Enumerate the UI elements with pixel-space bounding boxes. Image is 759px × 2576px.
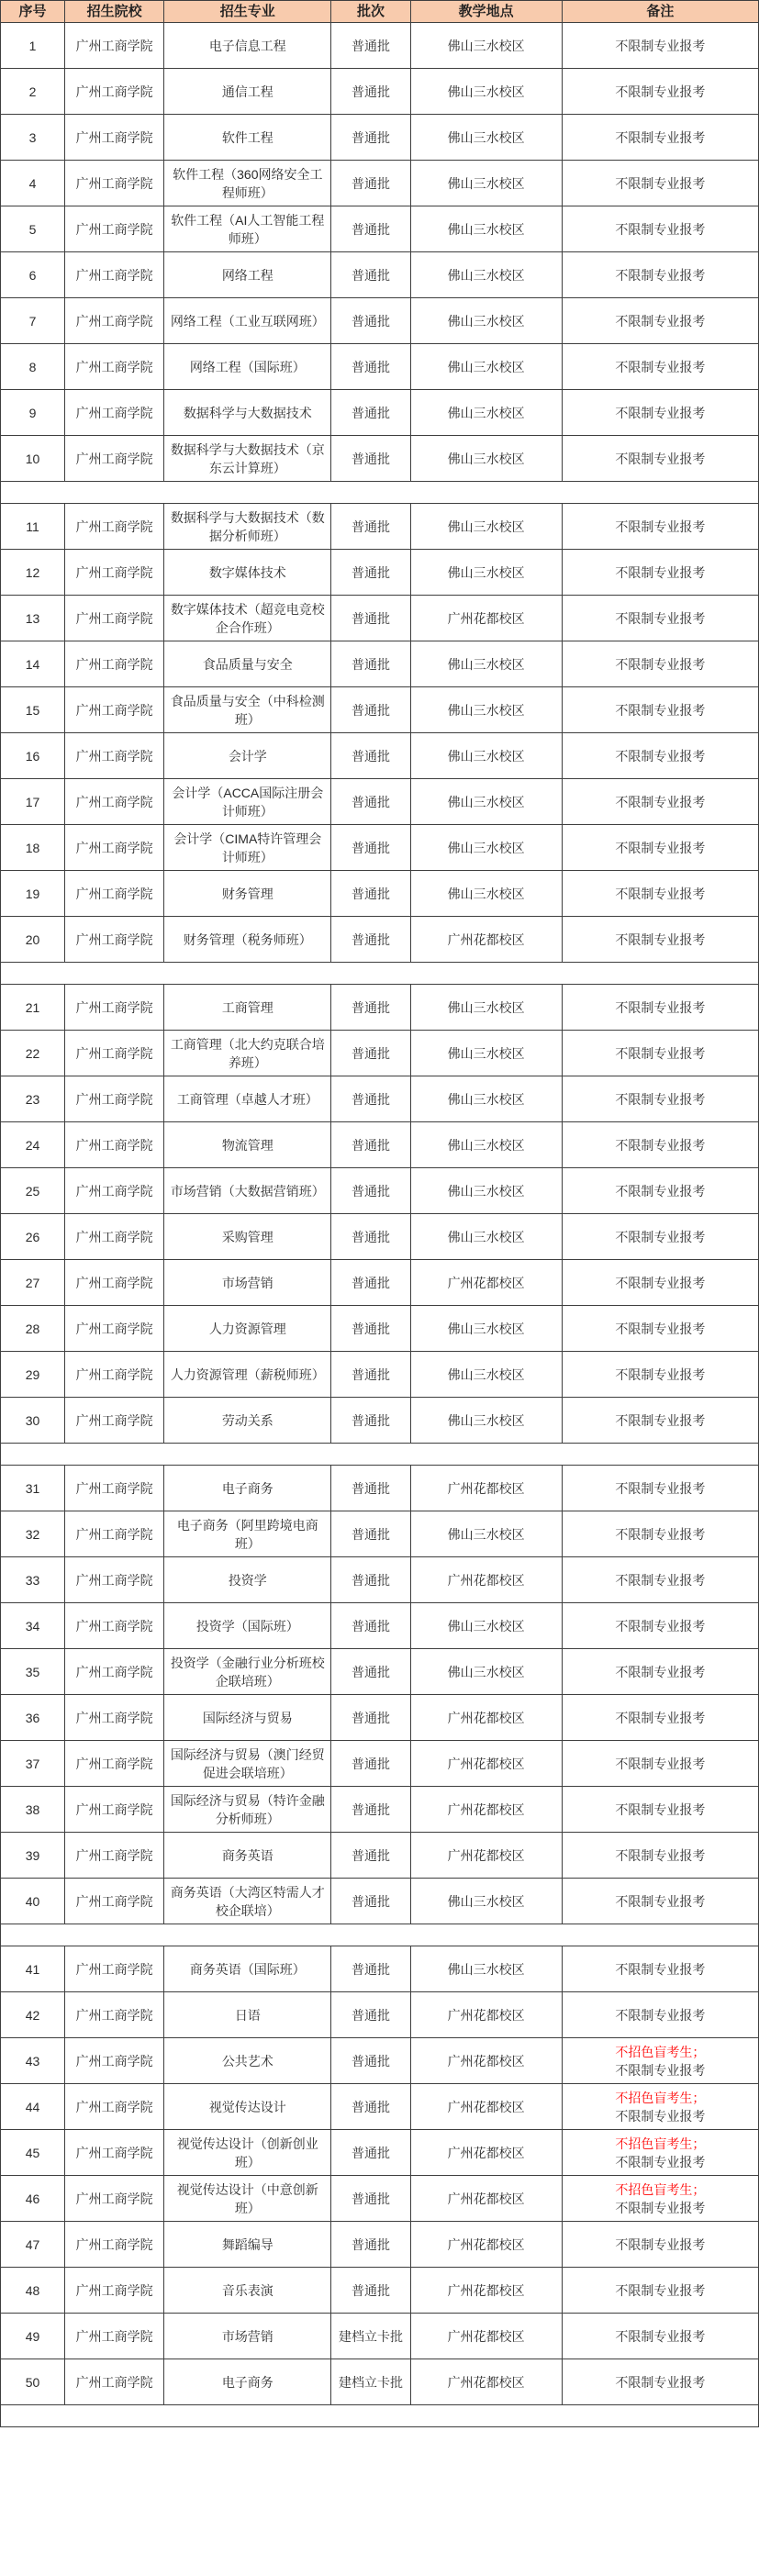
cell-school: 广州工商学院 [65, 1649, 164, 1695]
cell-batch: 普通批 [331, 23, 410, 69]
remark-text: 不限制专业报考 [566, 1366, 754, 1384]
cell-location: 广州花都校区 [410, 2038, 562, 2084]
cell-school: 广州工商学院 [65, 2268, 164, 2314]
cell-location: 广州花都校区 [410, 1466, 562, 1511]
table-header: 序号 招生院校 招生专业 批次 教学地点 备注 [1, 1, 759, 23]
cell-batch: 普通批 [331, 69, 410, 115]
header-cell-no: 序号 [1, 1, 65, 23]
cell-school: 广州工商学院 [65, 1168, 164, 1214]
remark-text: 不限制专业报考 [566, 1755, 754, 1773]
remark-text: 不限制专业报考 [566, 747, 754, 765]
cell-location: 佛山三水校区 [410, 825, 562, 871]
cell-no: 1 [1, 23, 65, 69]
cell-batch: 普通批 [331, 1260, 410, 1306]
cell-school: 广州工商学院 [65, 2314, 164, 2359]
table-body: 1 广州工商学院 电子信息工程 普通批 佛山三水校区 不限制专业报考 2 广州工… [1, 23, 759, 2427]
cell-no: 40 [1, 1879, 65, 1924]
cell-school: 广州工商学院 [65, 115, 164, 161]
cell-remark: 不招色盲考生；不限制专业报考 [562, 2176, 758, 2222]
cell-batch: 普通批 [331, 2176, 410, 2222]
cell-no: 47 [1, 2222, 65, 2268]
cell-school: 广州工商学院 [65, 2038, 164, 2084]
cell-batch: 普通批 [331, 1076, 410, 1122]
cell-major: 音乐表演 [164, 2268, 331, 2314]
cell-no: 22 [1, 1031, 65, 1076]
table-row: 50 广州工商学院 电子商务 建档立卡批 广州花都校区 不限制专业报考 [1, 2359, 759, 2405]
cell-school: 广州工商学院 [65, 344, 164, 390]
cell-major: 网络工程（国际班） [164, 344, 331, 390]
cell-batch: 普通批 [331, 2222, 410, 2268]
cell-major: 软件工程（360网络安全工程师班） [164, 161, 331, 206]
cell-major: 数字媒体技术（超竞电竞校企合作班） [164, 596, 331, 641]
cell-location: 佛山三水校区 [410, 161, 562, 206]
remark-text: 不限制专业报考 [566, 701, 754, 719]
cell-location: 佛山三水校区 [410, 206, 562, 252]
cell-major: 财务管理（税务师班） [164, 917, 331, 963]
cell-location: 广州花都校区 [410, 1741, 562, 1787]
remark-warning-text: 不招色盲考生； [566, 2043, 754, 2061]
cell-remark: 不限制专业报考 [562, 1649, 758, 1695]
cell-school: 广州工商学院 [65, 23, 164, 69]
cell-batch: 建档立卡批 [331, 2359, 410, 2405]
cell-no: 26 [1, 1214, 65, 1260]
cell-major: 食品质量与安全（中科检测班） [164, 687, 331, 733]
cell-location: 佛山三水校区 [410, 687, 562, 733]
remark-text: 不限制专业报考 [566, 1525, 754, 1544]
cell-no: 50 [1, 2359, 65, 2405]
table-row: 33 广州工商学院 投资学 普通批 广州花都校区 不限制专业报考 [1, 1557, 759, 1603]
cell-school: 广州工商学院 [65, 1306, 164, 1352]
separator-cell [1, 963, 759, 985]
cell-no: 36 [1, 1695, 65, 1741]
cell-major: 劳动关系 [164, 1398, 331, 1444]
remark-text: 不限制专业报考 [566, 1960, 754, 1979]
remark-text: 不限制专业报考 [566, 450, 754, 468]
cell-location: 佛山三水校区 [410, 1214, 562, 1260]
cell-batch: 普通批 [331, 2268, 410, 2314]
table-row: 16 广州工商学院 会计学 普通批 佛山三水校区 不限制专业报考 [1, 733, 759, 779]
cell-remark: 不限制专业报考 [562, 1787, 758, 1833]
cell-location: 佛山三水校区 [410, 985, 562, 1031]
table-row: 5 广州工商学院 软件工程（AI人工智能工程师班） 普通批 佛山三水校区 不限制… [1, 206, 759, 252]
table-row: 7 广州工商学院 网络工程（工业互联网班） 普通批 佛山三水校区 不限制专业报考 [1, 298, 759, 344]
remark-warning-text: 不招色盲考生； [566, 2089, 754, 2107]
cell-school: 广州工商学院 [65, 436, 164, 482]
cell-batch: 普通批 [331, 1992, 410, 2038]
cell-location: 佛山三水校区 [410, 1306, 562, 1352]
cell-major: 会计学 [164, 733, 331, 779]
table-row: 6 广州工商学院 网络工程 普通批 佛山三水校区 不限制专业报考 [1, 252, 759, 298]
remark-text: 不限制专业报考 [566, 2006, 754, 2024]
remark-text: 不限制专业报考 [566, 2327, 754, 2346]
cell-location: 佛山三水校区 [410, 550, 562, 596]
cell-location: 佛山三水校区 [410, 69, 562, 115]
cell-major: 工商管理 [164, 985, 331, 1031]
cell-no: 14 [1, 641, 65, 687]
cell-remark: 不限制专业报考 [562, 206, 758, 252]
cell-location: 广州花都校区 [410, 1787, 562, 1833]
cell-major: 电子信息工程 [164, 23, 331, 69]
cell-major: 采购管理 [164, 1214, 331, 1260]
table-row: 35 广州工商学院 投资学（金融行业分析班校企联培班） 普通批 佛山三水校区 不… [1, 1649, 759, 1695]
table-row: 30 广州工商学院 劳动关系 普通批 佛山三水校区 不限制专业报考 [1, 1398, 759, 1444]
cell-location: 广州花都校区 [410, 2176, 562, 2222]
cell-remark: 不限制专业报考 [562, 504, 758, 550]
cell-location: 佛山三水校区 [410, 1649, 562, 1695]
cell-location: 广州花都校区 [410, 1260, 562, 1306]
cell-location: 佛山三水校区 [410, 1352, 562, 1398]
cell-major: 会计学（ACCA国际注册会计师班） [164, 779, 331, 825]
table-row: 4 广州工商学院 软件工程（360网络安全工程师班） 普通批 佛山三水校区 不限… [1, 161, 759, 206]
table-row: 32 广州工商学院 电子商务（阿里跨境电商班） 普通批 佛山三水校区 不限制专业… [1, 1511, 759, 1557]
remark-text: 不限制专业报考 [566, 1801, 754, 1819]
table-row: 31 广州工商学院 电子商务 普通批 广州花都校区 不限制专业报考 [1, 1466, 759, 1511]
cell-no: 31 [1, 1466, 65, 1511]
remark-text: 不限制专业报考 [566, 404, 754, 422]
remark-text: 不限制专业报考 [566, 1571, 754, 1589]
cell-batch: 普通批 [331, 985, 410, 1031]
remark-text: 不限制专业报考 [566, 1044, 754, 1063]
remark-text: 不限制专业报考 [566, 2107, 754, 2125]
cell-school: 广州工商学院 [65, 2222, 164, 2268]
cell-location: 佛山三水校区 [410, 252, 562, 298]
cell-no: 43 [1, 2038, 65, 2084]
cell-location: 广州花都校区 [410, 2130, 562, 2176]
cell-remark: 不限制专业报考 [562, 550, 758, 596]
table-row: 1 广州工商学院 电子信息工程 普通批 佛山三水校区 不限制专业报考 [1, 23, 759, 69]
remark-text: 不限制专业报考 [566, 885, 754, 903]
cell-location: 佛山三水校区 [410, 1946, 562, 1992]
cell-no: 27 [1, 1260, 65, 1306]
remark-warning-text: 不招色盲考生； [566, 2180, 754, 2199]
cell-location: 广州花都校区 [410, 2314, 562, 2359]
cell-major: 视觉传达设计 [164, 2084, 331, 2130]
cell-major: 数据科学与大数据技术 [164, 390, 331, 436]
cell-major: 舞蹈编导 [164, 2222, 331, 2268]
cell-major: 物流管理 [164, 1122, 331, 1168]
cell-no: 4 [1, 161, 65, 206]
cell-batch: 建档立卡批 [331, 2314, 410, 2359]
remark-text: 不限制专业报考 [566, 37, 754, 55]
cell-school: 广州工商学院 [65, 161, 164, 206]
cell-no: 46 [1, 2176, 65, 2222]
cell-batch: 普通批 [331, 1946, 410, 1992]
separator-row [1, 1924, 759, 1946]
cell-location: 佛山三水校区 [410, 298, 562, 344]
separator-cell [1, 2405, 759, 2427]
cell-no: 15 [1, 687, 65, 733]
cell-batch: 普通批 [331, 1649, 410, 1695]
cell-remark: 不限制专业报考 [562, 733, 758, 779]
cell-location: 广州花都校区 [410, 917, 562, 963]
remark-text: 不限制专业报考 [566, 2281, 754, 2300]
separator-cell [1, 1924, 759, 1946]
table-row: 8 广州工商学院 网络工程（国际班） 普通批 佛山三水校区 不限制专业报考 [1, 344, 759, 390]
cell-remark: 不限制专业报考 [562, 1695, 758, 1741]
cell-major: 视觉传达设计（创新创业班） [164, 2130, 331, 2176]
cell-major: 食品质量与安全 [164, 641, 331, 687]
remark-text: 不限制专业报考 [566, 609, 754, 628]
cell-major: 软件工程 [164, 115, 331, 161]
cell-major: 商务英语（大湾区特需人才校企联培） [164, 1879, 331, 1924]
cell-batch: 普通批 [331, 252, 410, 298]
table-row: 49 广州工商学院 市场营销 建档立卡批 广州花都校区 不限制专业报考 [1, 2314, 759, 2359]
cell-remark: 不限制专业报考 [562, 1946, 758, 1992]
remark-text: 不限制专业报考 [566, 1709, 754, 1727]
table-row: 24 广州工商学院 物流管理 普通批 佛山三水校区 不限制专业报考 [1, 1122, 759, 1168]
table-row: 11 广州工商学院 数据科学与大数据技术（数据分析师班） 普通批 佛山三水校区 … [1, 504, 759, 550]
cell-school: 广州工商学院 [65, 1466, 164, 1511]
cell-school: 广州工商学院 [65, 1076, 164, 1122]
cell-school: 广州工商学院 [65, 390, 164, 436]
cell-major: 市场营销 [164, 1260, 331, 1306]
cell-school: 广州工商学院 [65, 1214, 164, 1260]
table-row: 13 广州工商学院 数字媒体技术（超竞电竞校企合作班） 普通批 广州花都校区 不… [1, 596, 759, 641]
cell-remark: 不限制专业报考 [562, 2359, 758, 2405]
cell-remark: 不限制专业报考 [562, 2268, 758, 2314]
cell-location: 佛山三水校区 [410, 871, 562, 917]
cell-remark: 不限制专业报考 [562, 390, 758, 436]
cell-batch: 普通批 [331, 298, 410, 344]
cell-no: 32 [1, 1511, 65, 1557]
table-row: 48 广州工商学院 音乐表演 普通批 广州花都校区 不限制专业报考 [1, 2268, 759, 2314]
cell-batch: 普通批 [331, 1879, 410, 1924]
cell-no: 29 [1, 1352, 65, 1398]
cell-school: 广州工商学院 [65, 1398, 164, 1444]
cell-school: 广州工商学院 [65, 2130, 164, 2176]
table-row: 34 广州工商学院 投资学（国际班） 普通批 佛山三水校区 不限制专业报考 [1, 1603, 759, 1649]
cell-remark: 不限制专业报考 [562, 687, 758, 733]
cell-no: 48 [1, 2268, 65, 2314]
cell-batch: 普通批 [331, 1352, 410, 1398]
table-row: 12 广州工商学院 数字媒体技术 普通批 佛山三水校区 不限制专业报考 [1, 550, 759, 596]
remark-text: 不限制专业报考 [566, 358, 754, 376]
table-row: 18 广州工商学院 会计学（CIMA特许管理会计师班） 普通批 佛山三水校区 不… [1, 825, 759, 871]
cell-school: 广州工商学院 [65, 1260, 164, 1306]
remark-text: 不限制专业报考 [566, 312, 754, 330]
cell-no: 10 [1, 436, 65, 482]
table-row: 23 广州工商学院 工商管理（卓越人才班） 普通批 佛山三水校区 不限制专业报考 [1, 1076, 759, 1122]
cell-no: 42 [1, 1992, 65, 2038]
cell-major: 网络工程（工业互联网班） [164, 298, 331, 344]
cell-major: 软件工程（AI人工智能工程师班） [164, 206, 331, 252]
remark-text: 不限制专业报考 [566, 655, 754, 674]
cell-location: 佛山三水校区 [410, 1398, 562, 1444]
cell-major: 投资学（国际班） [164, 1603, 331, 1649]
cell-no: 37 [1, 1741, 65, 1787]
cell-school: 广州工商学院 [65, 779, 164, 825]
cell-major: 国际经济与贸易 [164, 1695, 331, 1741]
cell-remark: 不限制专业报考 [562, 69, 758, 115]
cell-remark: 不限制专业报考 [562, 779, 758, 825]
table-row: 28 广州工商学院 人力资源管理 普通批 佛山三水校区 不限制专业报考 [1, 1306, 759, 1352]
cell-school: 广州工商学院 [65, 550, 164, 596]
remark-text: 不限制专业报考 [566, 1411, 754, 1430]
table-row: 37 广州工商学院 国际经济与贸易（澳门经贸促进会联培班） 普通批 广州花都校区… [1, 1741, 759, 1787]
cell-location: 佛山三水校区 [410, 779, 562, 825]
cell-remark: 不限制专业报考 [562, 1168, 758, 1214]
cell-location: 广州花都校区 [410, 1992, 562, 2038]
cell-remark: 不限制专业报考 [562, 436, 758, 482]
cell-remark: 不限制专业报考 [562, 1122, 758, 1168]
cell-batch: 普通批 [331, 550, 410, 596]
cell-batch: 普通批 [331, 2084, 410, 2130]
table-row: 25 广州工商学院 市场营销（大数据营销班） 普通批 佛山三水校区 不限制专业报… [1, 1168, 759, 1214]
cell-major: 通信工程 [164, 69, 331, 115]
cell-school: 广州工商学院 [65, 298, 164, 344]
cell-remark: 不限制专业报考 [562, 115, 758, 161]
cell-no: 16 [1, 733, 65, 779]
cell-school: 广州工商学院 [65, 1511, 164, 1557]
cell-no: 49 [1, 2314, 65, 2359]
cell-no: 3 [1, 115, 65, 161]
cell-major: 人力资源管理（薪税师班） [164, 1352, 331, 1398]
table-row: 17 广州工商学院 会计学（ACCA国际注册会计师班） 普通批 佛山三水校区 不… [1, 779, 759, 825]
table-row: 36 广州工商学院 国际经济与贸易 普通批 广州花都校区 不限制专业报考 [1, 1695, 759, 1741]
remark-warning-text: 不招色盲考生； [566, 2135, 754, 2153]
cell-no: 7 [1, 298, 65, 344]
remark-text: 不限制专业报考 [566, 83, 754, 101]
remark-text: 不限制专业报考 [566, 1479, 754, 1498]
cell-location: 佛山三水校区 [410, 436, 562, 482]
cell-remark: 不限制专业报考 [562, 2314, 758, 2359]
table-row: 21 广州工商学院 工商管理 普通批 佛山三水校区 不限制专业报考 [1, 985, 759, 1031]
cell-major: 电子商务（阿里跨境电商班） [164, 1511, 331, 1557]
cell-remark: 不限制专业报考 [562, 2222, 758, 2268]
cell-location: 广州花都校区 [410, 2222, 562, 2268]
cell-remark: 不限制专业报考 [562, 1511, 758, 1557]
cell-no: 28 [1, 1306, 65, 1352]
remark-text: 不限制专业报考 [566, 1274, 754, 1292]
remark-text: 不限制专业报考 [566, 563, 754, 582]
separator-cell [1, 482, 759, 504]
cell-school: 广州工商学院 [65, 1122, 164, 1168]
remark-text: 不限制专业报考 [566, 2061, 754, 2080]
cell-no: 33 [1, 1557, 65, 1603]
cell-major: 投资学（金融行业分析班校企联培班） [164, 1649, 331, 1695]
cell-no: 2 [1, 69, 65, 115]
cell-school: 广州工商学院 [65, 825, 164, 871]
table-row: 20 广州工商学院 财务管理（税务师班） 普通批 广州花都校区 不限制专业报考 [1, 917, 759, 963]
cell-school: 广州工商学院 [65, 1879, 164, 1924]
cell-remark: 不限制专业报考 [562, 1557, 758, 1603]
remark-text: 不限制专业报考 [566, 2373, 754, 2392]
cell-batch: 普通批 [331, 1511, 410, 1557]
cell-batch: 普通批 [331, 825, 410, 871]
cell-location: 广州花都校区 [410, 2359, 562, 2405]
header-cell-major: 招生专业 [164, 1, 331, 23]
remark-text: 不限制专业报考 [566, 518, 754, 536]
table-row: 41 广州工商学院 商务英语（国际班） 普通批 佛山三水校区 不限制专业报考 [1, 1946, 759, 1992]
table-row: 9 广州工商学院 数据科学与大数据技术 普通批 佛山三水校区 不限制专业报考 [1, 390, 759, 436]
cell-location: 佛山三水校区 [410, 1879, 562, 1924]
cell-no: 23 [1, 1076, 65, 1122]
cell-school: 广州工商学院 [65, 252, 164, 298]
cell-no: 30 [1, 1398, 65, 1444]
remark-text: 不限制专业报考 [566, 1228, 754, 1246]
cell-remark: 不限制专业报考 [562, 1214, 758, 1260]
header-row: 序号 招生院校 招生专业 批次 教学地点 备注 [1, 1, 759, 23]
cell-remark: 不限制专业报考 [562, 298, 758, 344]
cell-major: 数据科学与大数据技术（京东云计算班） [164, 436, 331, 482]
cell-no: 39 [1, 1833, 65, 1879]
table-row: 22 广州工商学院 工商管理（北大约克联合培养班） 普通批 佛山三水校区 不限制… [1, 1031, 759, 1076]
cell-batch: 普通批 [331, 2130, 410, 2176]
cell-no: 41 [1, 1946, 65, 1992]
cell-school: 广州工商学院 [65, 206, 164, 252]
cell-no: 12 [1, 550, 65, 596]
cell-batch: 普通批 [331, 1466, 410, 1511]
table-row: 40 广州工商学院 商务英语（大湾区特需人才校企联培） 普通批 佛山三水校区 不… [1, 1879, 759, 1924]
table-row: 42 广州工商学院 日语 普通批 广州花都校区 不限制专业报考 [1, 1992, 759, 2038]
cell-remark: 不限制专业报考 [562, 825, 758, 871]
cell-batch: 普通批 [331, 1031, 410, 1076]
cell-location: 广州花都校区 [410, 1557, 562, 1603]
table-row: 15 广州工商学院 食品质量与安全（中科检测班） 普通批 佛山三水校区 不限制专… [1, 687, 759, 733]
header-cell-batch: 批次 [331, 1, 410, 23]
table-row: 47 广州工商学院 舞蹈编导 普通批 广州花都校区 不限制专业报考 [1, 2222, 759, 2268]
cell-batch: 普通批 [331, 344, 410, 390]
cell-location: 广州花都校区 [410, 1833, 562, 1879]
cell-school: 广州工商学院 [65, 687, 164, 733]
cell-major: 电子商务 [164, 2359, 331, 2405]
cell-major: 工商管理（北大约克联合培养班） [164, 1031, 331, 1076]
cell-remark: 不限制专业报考 [562, 1603, 758, 1649]
table-row: 29 广州工商学院 人力资源管理（薪税师班） 普通批 佛山三水校区 不限制专业报… [1, 1352, 759, 1398]
cell-location: 佛山三水校区 [410, 1031, 562, 1076]
cell-remark: 不限制专业报考 [562, 1306, 758, 1352]
cell-major: 会计学（CIMA特许管理会计师班） [164, 825, 331, 871]
cell-batch: 普通批 [331, 1122, 410, 1168]
cell-school: 广州工商学院 [65, 1603, 164, 1649]
cell-school: 广州工商学院 [65, 1741, 164, 1787]
cell-major: 视觉传达设计（中意创新班） [164, 2176, 331, 2222]
cell-school: 广州工商学院 [65, 1695, 164, 1741]
cell-no: 25 [1, 1168, 65, 1214]
cell-school: 广州工商学院 [65, 1352, 164, 1398]
header-cell-school: 招生院校 [65, 1, 164, 23]
cell-major: 公共艺术 [164, 2038, 331, 2084]
cell-batch: 普通批 [331, 161, 410, 206]
header-cell-remark: 备注 [562, 1, 758, 23]
cell-school: 广州工商学院 [65, 985, 164, 1031]
cell-no: 9 [1, 390, 65, 436]
table-row: 38 广州工商学院 国际经济与贸易（特许金融分析师班） 普通批 广州花都校区 不… [1, 1787, 759, 1833]
cell-school: 广州工商学院 [65, 2359, 164, 2405]
remark-text: 不限制专业报考 [566, 174, 754, 193]
cell-school: 广州工商学院 [65, 69, 164, 115]
cell-location: 佛山三水校区 [410, 1122, 562, 1168]
cell-location: 佛山三水校区 [410, 1076, 562, 1122]
cell-location: 广州花都校区 [410, 1695, 562, 1741]
separator-row [1, 963, 759, 985]
remark-text: 不限制专业报考 [566, 266, 754, 284]
cell-remark: 不限制专业报考 [562, 871, 758, 917]
cell-batch: 普通批 [331, 596, 410, 641]
cell-major: 商务英语（国际班） [164, 1946, 331, 1992]
cell-batch: 普通批 [331, 390, 410, 436]
cell-batch: 普通批 [331, 687, 410, 733]
cell-batch: 普通批 [331, 871, 410, 917]
cell-school: 广州工商学院 [65, 1992, 164, 2038]
remark-text: 不限制专业报考 [566, 2153, 754, 2171]
table-row: 46 广州工商学院 视觉传达设计（中意创新班） 普通批 广州花都校区 不招色盲考… [1, 2176, 759, 2222]
cell-school: 广州工商学院 [65, 1557, 164, 1603]
cell-remark: 不限制专业报考 [562, 1466, 758, 1511]
remark-text: 不限制专业报考 [566, 1136, 754, 1154]
header-cell-location: 教学地点 [410, 1, 562, 23]
table-row: 43 广州工商学院 公共艺术 普通批 广州花都校区 不招色盲考生；不限制专业报考 [1, 2038, 759, 2084]
